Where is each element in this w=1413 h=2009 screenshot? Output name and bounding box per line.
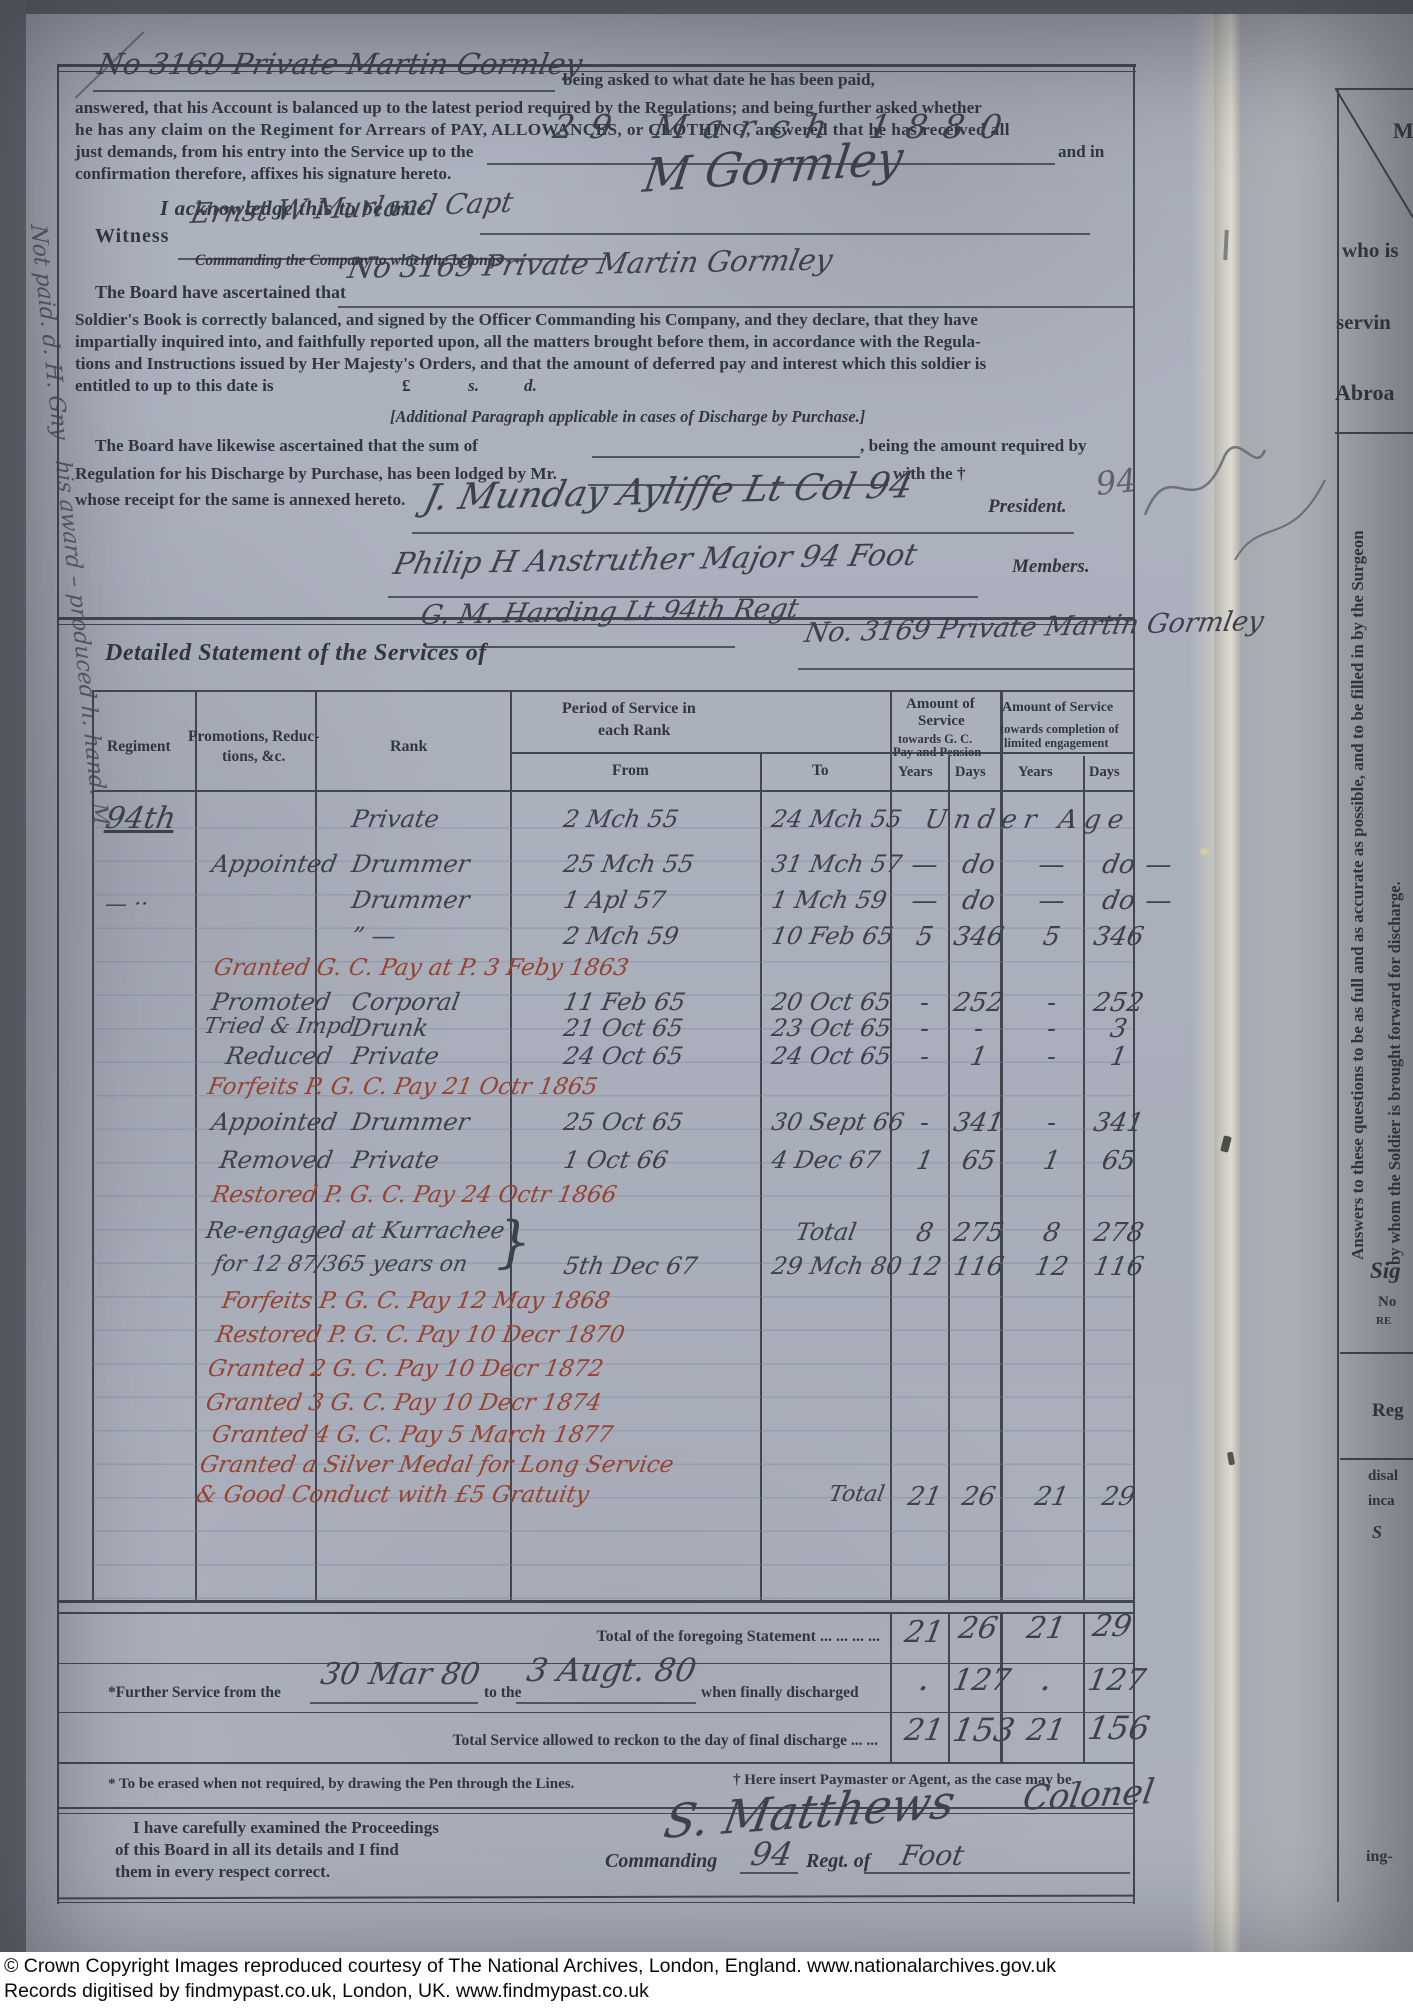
declaration-line4: just demands, from his entry into the Se… (75, 142, 473, 162)
board-para-3: tions and Instructions issued by Her Maj… (75, 354, 986, 374)
cell-le-days: do (1085, 886, 1152, 916)
cell-gc-days: do (947, 850, 1010, 880)
cell-le-years: 21 (1019, 1482, 1084, 1512)
rule (1340, 1458, 1413, 1460)
page2-no-label: No (1378, 1294, 1396, 1311)
board-para-4: entitled to up to this date is (75, 376, 274, 396)
scan-edge-left (0, 0, 26, 2009)
commanding-label: Commanding (605, 1850, 717, 1873)
board-para-2: impartially inquired into, and faithfull… (75, 332, 981, 352)
page2-reg-label: Reg (1372, 1400, 1404, 1422)
cell-promotion: Tried & Impd (202, 1014, 357, 1039)
red-ink-entry: Forfeits P. G. C. Pay 21 Octr 1865 (206, 1074, 600, 1100)
table-row: for 12 87/365 years on 5th Dec 67 29 Mch… (92, 1252, 1143, 1288)
cell-to: 1 Mch 59 (769, 886, 888, 914)
summary-value: 21 (1004, 1612, 1088, 1647)
total-label: Total (793, 1218, 858, 1246)
cell-rank: Drunk (349, 1014, 430, 1042)
further-service-to-date: 3 Augt. 80 (524, 1652, 699, 1689)
cell-overflow: — (1143, 886, 1174, 916)
cell-rank: Drummer (349, 850, 471, 878)
pence-symbol: d. (524, 376, 537, 396)
cell-to: 4 Dec 67 (769, 1146, 882, 1174)
summary-total-label: Total of the foregoing Statement ... ...… (500, 1628, 880, 1646)
further-service-label: *Further Service from the (108, 1684, 281, 1702)
page2-signature-label: Sig (1370, 1258, 1401, 1284)
cell-to: 31 Mch 57 (769, 850, 904, 878)
col-header-le1: Amount of Service (1002, 700, 1113, 716)
summary-value: . (1004, 1660, 1089, 1699)
cell-note: Under Age (893, 805, 1162, 835)
table-row-annotation: Restored P. G. C. Pay 10 Decr 1870 (92, 1322, 1143, 1358)
rule (480, 233, 1090, 235)
col-header-gc4: Pay and Pension (893, 745, 981, 759)
summary-value: 127 (950, 1664, 1006, 1699)
rule (1340, 1352, 1413, 1354)
copyright-line2: Records digitised by findmypast.co.uk, L… (4, 1980, 649, 2002)
further-service-to-label: to the (484, 1684, 521, 1702)
cell-le-years: - (1019, 1014, 1084, 1044)
table-row: ” — 2 Mch 59 10 Feb 65 5 346 5 346 (92, 922, 1143, 958)
purchase-heading: [Additional Paragraph applicable in case… (390, 408, 865, 427)
cell-from: 1 Oct 66 (561, 1146, 670, 1174)
page2-disal-label: disal (1368, 1468, 1398, 1485)
purchase-line1: The Board have likewise ascertained that… (95, 436, 478, 456)
cell-from: 1 Apl 57 (561, 886, 667, 914)
cell-promotion: Re-engaged at Kurrachee (204, 1218, 507, 1244)
cell-rank: Drummer (349, 1108, 471, 1136)
cell-le-days: 65 (1085, 1146, 1152, 1176)
erase-footnote: * To be erased when not required, by dra… (108, 1776, 574, 1793)
cell-from: 2 Mch 59 (561, 922, 680, 950)
cell-promotion: Promoted (209, 988, 332, 1016)
col-subheader-years-le: Years (1018, 764, 1053, 781)
regiment-number-hand: 94 (748, 1836, 795, 1873)
summary-value: 21 (894, 1714, 954, 1749)
cell-from: 11 Feb 65 (561, 988, 687, 1016)
col-header-gc1: Amount of (906, 696, 975, 713)
rule (57, 1902, 1133, 1903)
table-row: Appointed Drummer 25 Mch 55 31 Mch 57 — … (92, 850, 1143, 886)
cell-rank: Private (349, 1146, 441, 1174)
table-row-annotation: Granted 3 G. C. Pay 10 Decr 1874 (92, 1390, 1143, 1426)
red-ink-entry: Granted 3 G. C. Pay 10 Decr 1874 (204, 1390, 604, 1416)
red-ink-entry: & Good Conduct with £5 Gratuity (194, 1482, 591, 1508)
rule (798, 668, 1133, 670)
col-header-to: To (812, 762, 829, 780)
witness-label: Witness (95, 225, 169, 248)
summary-value: 21 (1004, 1714, 1088, 1749)
rule (57, 1600, 1133, 1603)
declaration-line1: being asked to what date he has been pai… (563, 70, 875, 90)
col-header-promotions: Promotions, Reduc- (188, 728, 319, 746)
cell-from: 21 Oct 65 (561, 1014, 685, 1042)
cell-promotion: Reduced (223, 1042, 334, 1070)
cell-rank: Private (349, 1042, 441, 1070)
cell-gc-days: - (947, 1014, 1010, 1044)
summary-value: . (894, 1660, 955, 1699)
col-subheader-days-gc: Days (955, 764, 986, 781)
rule (57, 1807, 1133, 1809)
table-row-annotation: Granted G. C. Pay at P. 3 Feby 1863 (92, 955, 1143, 991)
page2-inca-label: inca (1368, 1493, 1395, 1510)
cell-rank: ” — (349, 922, 398, 950)
rule (516, 1702, 696, 1704)
cell-le-days: 1 (1085, 1042, 1152, 1072)
cell-from: 2 Mch 55 (561, 805, 680, 833)
cell-overflow: — (1143, 850, 1174, 880)
closing-line3: them in every respect correct. (115, 1862, 330, 1882)
rule (592, 456, 860, 458)
cell-from: 25 Mch 55 (561, 850, 696, 878)
summary-value: 156 (1085, 1710, 1139, 1747)
page2-rotated-instruction: Answers to these questions to be as full… (1348, 215, 1368, 1260)
cell-gc-days: 275 (947, 1218, 1010, 1248)
col-subheader-years-gc: Years (898, 764, 933, 781)
col-header-regiment: Regiment (107, 738, 171, 756)
cell-from: 5th Dec 67 (561, 1252, 699, 1280)
table-row: & Good Conduct with £5 Gratuity Total 21… (92, 1482, 1143, 1518)
red-ink-entry: Granted 4 G. C. Pay 5 March 1877 (210, 1422, 615, 1448)
cell-gc-days: 346 (947, 922, 1010, 952)
rule (864, 1872, 1130, 1874)
purchase-line3: whose receipt for the same is annexed he… (75, 490, 405, 510)
cell-gc-days: 116 (947, 1252, 1010, 1282)
pencil-flourish (1140, 420, 1340, 570)
col-header-gc2: Service (918, 713, 965, 730)
table-row-annotation: Forfeits P. G. C. Pay 12 May 1868 (92, 1288, 1143, 1324)
cell-promotion: Removed (217, 1146, 335, 1174)
cell-rank: Corporal (349, 988, 461, 1016)
copyright-line1: © Crown Copyright Images reproduced cour… (4, 1955, 1056, 1977)
table-row-annotation: Forfeits P. G. C. Pay 21 Octr 1865 (92, 1074, 1143, 1110)
red-ink-entry: Forfeits P. G. C. Pay 12 May 1868 (220, 1288, 612, 1314)
col-header-from: From (612, 762, 649, 780)
rule (1335, 88, 1413, 90)
table-row: Appointed Drummer 25 Oct 65 30 Sept 66 -… (92, 1108, 1143, 1144)
col-subheader-days-le: Days (1089, 764, 1120, 781)
cell-rank: Drummer (349, 886, 471, 914)
cell-le-years: - (1019, 1108, 1084, 1138)
table-row-annotation: Granted 2 G. C. Pay 10 Decr 1872 (92, 1356, 1143, 1392)
cell-promotion: Appointed (209, 850, 339, 878)
cell-le-days: 29 (1085, 1482, 1152, 1512)
total-label: Total (827, 1482, 887, 1507)
cell-le-days: 346 (1085, 922, 1152, 952)
cell-promotion: for 12 87/365 years on (212, 1252, 469, 1277)
summary-value: 153 (950, 1712, 1006, 1749)
red-ink-entry: Granted a Silver Medal for Long Service (198, 1452, 676, 1478)
cell-gc-days: do (947, 886, 1010, 916)
closing-line2: of this Board in all its details and I f… (115, 1840, 399, 1860)
cell-gc-days: 1 (947, 1042, 1010, 1072)
pencil-note-94: 94 (1094, 462, 1138, 503)
cell-le-years: — (1019, 886, 1084, 916)
cell-to: 30 Sept 66 (769, 1108, 906, 1136)
table-row: Reduced Private 24 Oct 65 24 Oct 65 - 1 … (92, 1042, 1143, 1078)
closing-line1: I have carefully examined the Proceeding… (133, 1818, 439, 1838)
commanding-officer-rank: Colonel (1020, 1773, 1157, 1819)
copyright-footer: © Crown Copyright Images reproduced cour… (0, 1952, 1413, 2009)
summary-total2-label: Total Service allowed to reckon to the d… (420, 1732, 878, 1750)
cell-to: 20 Oct 65 (769, 988, 893, 1016)
red-ink-entry: Granted 2 G. C. Pay 10 Decr 1872 (206, 1356, 606, 1382)
cell-le-days: 278 (1085, 1218, 1152, 1248)
rule (412, 532, 1074, 534)
rule (57, 1762, 1133, 1764)
page2-s-label: S (1372, 1522, 1382, 1543)
cell-to: 10 Feb 65 (769, 922, 895, 950)
further-service-end-label: when finally discharged (701, 1684, 859, 1702)
soldier-number-name: No 3169 Private Martin Gormley (95, 48, 585, 81)
rule (1335, 432, 1413, 434)
page2-fragment-m: M (1393, 118, 1413, 143)
col-header-promotions2: tions, &c. (222, 748, 285, 766)
pounds-symbol: £ (402, 376, 411, 396)
table-row: 94th Private 2 Mch 55 24 Mch 55 Under Ag… (92, 805, 1143, 841)
shillings-symbol: s. (468, 376, 479, 396)
table-row: Removed Private 1 Oct 66 4 Dec 67 1 65 1… (92, 1146, 1143, 1182)
members-label: Members. (1012, 556, 1090, 578)
page2-rotated-instruction2: by whom the Soldier is brought forward f… (1386, 520, 1405, 1265)
cell-from: 25 Oct 65 (561, 1108, 685, 1136)
cell-le-days: do (1085, 850, 1152, 880)
cell-regiment: — ·· (103, 892, 150, 917)
cell-promotion: Appointed (209, 1108, 339, 1136)
rule (890, 1612, 892, 1762)
col-header-rank: Rank (390, 738, 427, 756)
rule (92, 790, 1133, 792)
president-label: President. (988, 496, 1067, 518)
cell-to: 24 Oct 65 (769, 1042, 893, 1070)
cell-from: 24 Oct 65 (561, 1042, 685, 1070)
cell-le-years: 8 (1019, 1218, 1084, 1248)
cell-le-years: 1 (1019, 1146, 1084, 1176)
rule (92, 690, 1133, 692)
red-ink-entry: Granted G. C. Pay at P. 3 Feby 1863 (212, 955, 631, 981)
cell-le-days: 341 (1085, 1108, 1152, 1138)
cell-to: 23 Oct 65 (769, 1014, 893, 1042)
col-header-period1: Period of Service in (562, 700, 696, 718)
rule (338, 306, 1133, 308)
purchase-line1-end: , being the amount required by (860, 436, 1087, 456)
cell-le-years: - (1019, 1042, 1084, 1072)
col-header-period2: each Rank (598, 722, 670, 740)
col-header-le2: towards completion of (1000, 722, 1119, 736)
summary-value: 127 (1085, 1664, 1139, 1699)
board-para-1: Soldier's Book is correctly balanced, an… (75, 310, 978, 330)
summary-value: 26 (950, 1612, 1006, 1647)
regt-of-label: Regt. of (806, 1850, 870, 1873)
cell-rank: Private (349, 805, 441, 833)
cell-gc-days: 26 (947, 1482, 1010, 1512)
col-header-le3: limited engagement (1004, 736, 1109, 750)
regiment-name-hand: Foot (898, 1840, 967, 1872)
rule (310, 1702, 478, 1704)
red-ink-entry: Restored P. G. C. Pay 24 Octr 1866 (210, 1182, 619, 1208)
cell-le-days: 116 (1085, 1252, 1152, 1282)
cell-to: 29 Mch 80 (769, 1252, 904, 1280)
further-service-from-date: 30 Mar 80 (318, 1658, 482, 1693)
red-ink-entry: Restored P. G. C. Pay 10 Decr 1870 (214, 1322, 627, 1348)
rule (510, 752, 1133, 754)
declaration-line4-end: and in (1058, 142, 1104, 162)
cell-to: 24 Mch 55 (769, 805, 904, 833)
summary-value: 21 (894, 1616, 954, 1651)
board-intro: The Board have ascertained that (95, 282, 346, 303)
rule (93, 90, 555, 92)
declaration-line5: confirmation therefore, affixes his sign… (75, 164, 451, 184)
cell-le-days: 3 (1085, 1014, 1152, 1044)
rule (57, 1813, 1133, 1814)
cell-regiment: 94th (103, 801, 179, 836)
statement-title: Detailed Statement of the Services of (105, 640, 487, 668)
summary-value: 29 (1085, 1610, 1139, 1645)
cell-gc-days: 341 (947, 1108, 1010, 1138)
rule (1337, 432, 1339, 1902)
cell-gc-days: 65 (947, 1146, 1010, 1176)
paper-stain (1200, 848, 1209, 855)
cell-le-years: 12 (1019, 1252, 1084, 1282)
page2-re-label: RE (1376, 1315, 1391, 1328)
table-row: — ·· Drummer 1 Apl 57 1 Mch 59 — do — do… (92, 886, 1143, 922)
table-row-annotation: Restored P. G. C. Pay 24 Octr 1866 (92, 1182, 1143, 1218)
cell-le-years: 5 (1019, 922, 1084, 952)
cell-le-years: — (1019, 850, 1084, 880)
page2-ing-label: ing- (1366, 1848, 1393, 1866)
table-row: Re-engaged at Kurrachee } Total 8 275 8 … (92, 1218, 1143, 1254)
scanned-military-record: { "ink": {"red": "#96422f", "black": "#3… (0, 0, 1413, 2009)
